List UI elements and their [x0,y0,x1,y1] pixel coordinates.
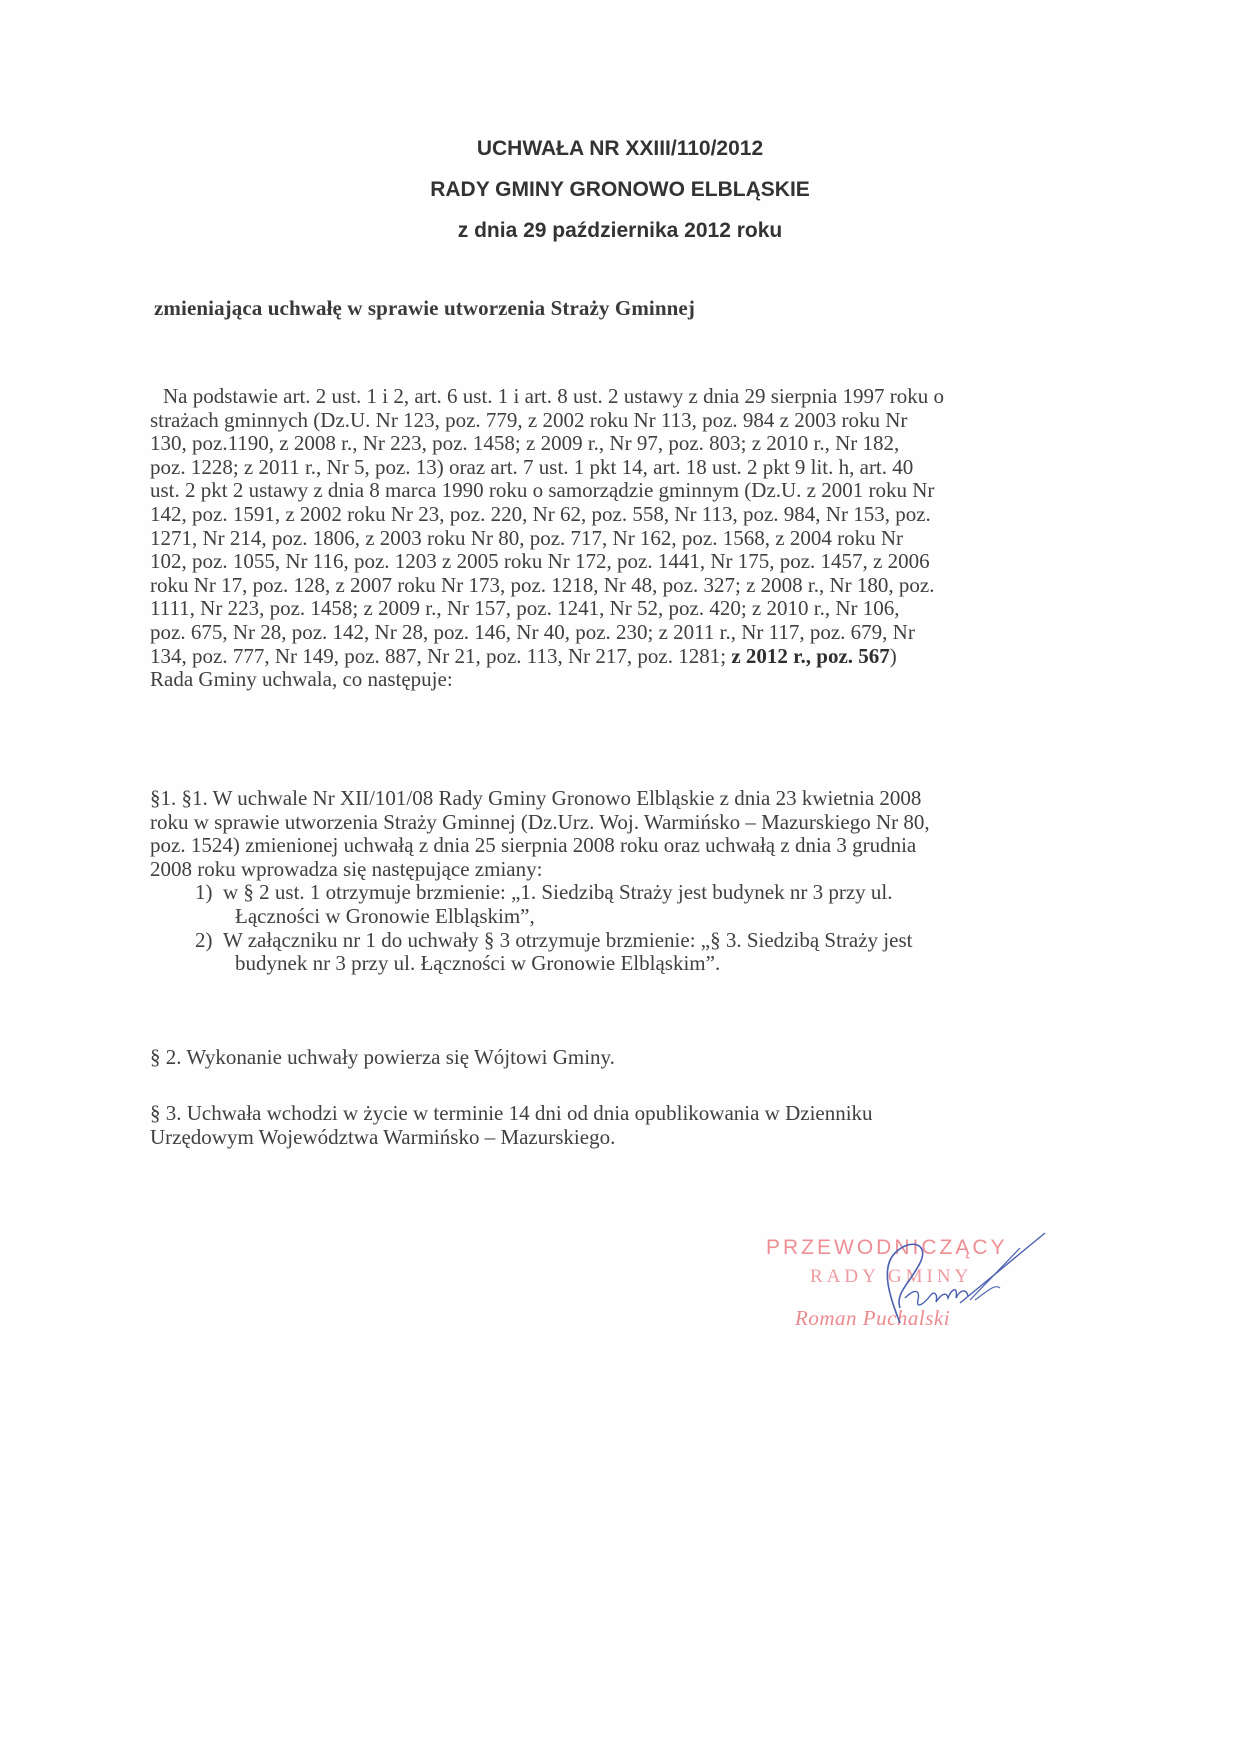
document-page: UCHWAŁA NR XXIII/110/2012 RADY GMINY GRO… [0,0,1240,1738]
legal-line: 1271, Nr 214, poz. 1806, z 2003 roku Nr … [150,527,1110,551]
legal-line: strażach gminnych (Dz.U. Nr 123, poz. 77… [150,409,1110,433]
legal-line-text: 134, poz. 777, Nr 149, poz. 887, Nr 21, … [150,644,731,668]
amendment-item-1: 1) w § 2 ust. 1 otrzymuje brzmienie: „1.… [150,881,1110,905]
item-number: 2) [195,928,213,952]
council-name: RADY GMINY GRONOWO ELBLĄSKIE [0,169,1240,210]
legal-closing: Rada Gminy uchwala, co następuje: [150,668,1110,692]
legal-basis: Na podstawie art. 2 ust. 1 i 2, art. 6 u… [150,385,1110,692]
resolution-title: UCHWAŁA NR XXIII/110/2012 [0,128,1240,169]
item-text: W załączniku nr 1 do uchwały § 3 otrzymu… [223,928,912,952]
legal-line: 102, poz. 1055, Nr 116, poz. 1203 z 2005… [150,550,1110,574]
legal-line: poz. 675, Nr 28, poz. 142, Nr 28, poz. 1… [150,621,1110,645]
item-text: w § 2 ust. 1 otrzymuje brzmienie: „1. Si… [223,880,893,904]
legal-line: poz. 1228; z 2011 r., Nr 5, poz. 13) ora… [150,456,1110,480]
legal-line: 1111, Nr 223, poz. 1458; z 2009 r., Nr 1… [150,597,1110,621]
section-1-line: 2008 roku wprowadza się następujące zmia… [150,858,1110,882]
amendment-item-2-cont: budynek nr 3 przy ul. Łączności w Gronow… [150,952,1110,976]
legal-line: 130, poz.1190, z 2008 r., Nr 223, poz. 1… [150,432,1110,456]
section-3: § 3. Uchwała wchodzi w życie w terminie … [150,1102,1110,1149]
legal-line: ust. 2 pkt 2 ustawy z dnia 8 marca 1990 … [150,479,1110,503]
legal-line: roku Nr 17, poz. 128, z 2007 roku Nr 173… [150,574,1110,598]
legal-line: 142, poz. 1591, z 2002 roku Nr 23, poz. … [150,503,1110,527]
legal-line-last: 134, poz. 777, Nr 149, poz. 887, Nr 21, … [150,645,1110,669]
section-1: §1. §1. W uchwale Nr XII/101/08 Rady Gmi… [150,787,1110,976]
legal-line-end: ) [890,644,897,668]
section-3-line: Urzędowym Województwa Warmińsko – Mazurs… [150,1126,1110,1150]
section-1-line: poz. 1524) zmienionej uchwałą z dnia 25 … [150,834,1110,858]
amendment-item-2: 2) W załączniku nr 1 do uchwały § 3 otrz… [150,929,1110,953]
section-2: § 2. Wykonanie uchwały powierza się Wójt… [150,1046,1110,1070]
section-1-line: §1. §1. W uchwale Nr XII/101/08 Rady Gmi… [150,787,1110,811]
resolution-header: UCHWAŁA NR XXIII/110/2012 RADY GMINY GRO… [0,128,1240,251]
section-2-text: § 2. Wykonanie uchwały powierza się Wójt… [150,1046,1110,1070]
resolution-subject: zmieniająca uchwałę w sprawie utworzenia… [154,296,695,321]
item-number: 1) [195,880,213,904]
handwritten-signature-icon [860,1228,1060,1328]
legal-line-bold: z 2012 r., poz. 567 [731,644,889,668]
resolution-date: z dnia 29 października 2012 roku [0,210,1240,251]
section-1-line: roku w sprawie utworzenia Straży Gminnej… [150,811,1110,835]
legal-line: Na podstawie art. 2 ust. 1 i 2, art. 6 u… [150,385,1110,409]
amendment-item-1-cont: Łączności w Gronowie Elbląskim”, [150,905,1110,929]
section-3-line: § 3. Uchwała wchodzi w życie w terminie … [150,1102,1110,1126]
